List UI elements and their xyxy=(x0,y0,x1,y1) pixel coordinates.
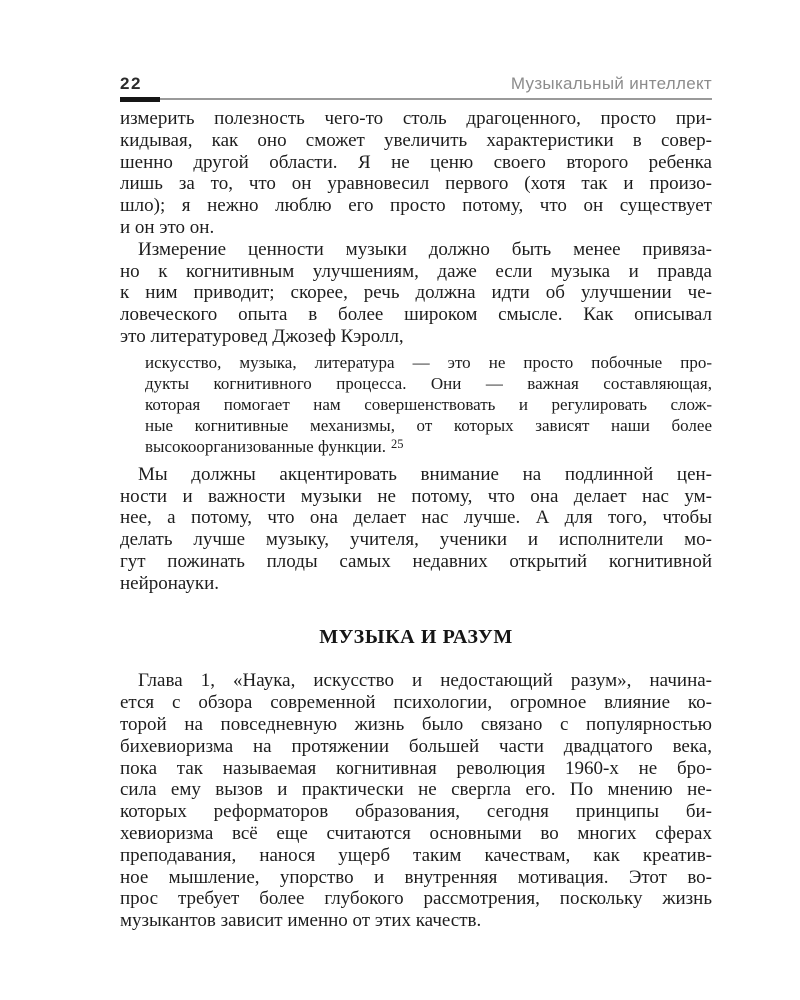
running-title: Музыкальный интеллект xyxy=(511,74,712,94)
text-line: дукты когнитивного процесса. Они — важна… xyxy=(145,373,712,394)
text-line: шенно другой области. Я не ценю своего в… xyxy=(120,152,712,174)
text-line: гут пожинать плоды самых недавних открыт… xyxy=(120,551,712,573)
paragraph: Мы должны акцентировать внимание на подл… xyxy=(120,464,712,595)
text-line: сила ему вызов и практически не свергла … xyxy=(120,779,712,801)
text-line: лишь за то, что он уравновесил первого (… xyxy=(120,173,712,195)
text-line: ется с обзора современной психологии, ог… xyxy=(120,692,712,714)
text-line: ные когнитивные механизмы, от которых за… xyxy=(145,415,712,436)
text-line: преподавания, нанося ущерб таким качеств… xyxy=(120,845,712,867)
text-line: бихевиоризма на протяжении большей части… xyxy=(120,736,712,758)
text-line: ловеческого опыта в более широком смысле… xyxy=(120,304,712,326)
paragraph: Измерение ценности музыки должно быть ме… xyxy=(120,239,712,348)
text-line: Измерение ценности музыки должно быть ме… xyxy=(120,239,712,261)
book-page: 22 Музыкальный интеллект измерить полезн… xyxy=(0,0,800,1000)
page-body: измерить полезность чего-то столь драгоц… xyxy=(120,108,712,932)
text-line: прос требует более глубокого рассмотрени… xyxy=(120,888,712,910)
section-heading: МУЗЫКА И РАЗУМ xyxy=(120,627,712,649)
text-line: которая помогает нам совершенствовать и … xyxy=(145,394,712,415)
text-line: но к когнитивным улучшениям, даже если м… xyxy=(120,261,712,283)
text-line: Мы должны акцентировать внимание на подл… xyxy=(120,464,712,486)
text-line: ное мышление, упорство и внутренняя моти… xyxy=(120,867,712,889)
paragraph: Глава 1, «Наука, искусство и недостающий… xyxy=(120,670,712,932)
text-line: измерить полезность чего-то столь драгоц… xyxy=(120,108,712,130)
footnote-reference: 25 xyxy=(391,437,404,451)
text-line: высокоорганизованные функции.25 xyxy=(145,436,712,457)
text-line: нее, а потому, что она делает нас лучше.… xyxy=(120,507,712,529)
text-line: торой на повседневную жизнь было связано… xyxy=(120,714,712,736)
text-line: ности и важности музыки не потому, что о… xyxy=(120,486,712,508)
running-header: 22 Музыкальный интеллект xyxy=(120,74,712,100)
paragraph: измерить полезность чего-то столь драгоц… xyxy=(120,108,712,239)
text-line: кидывая, как оно сможет увеличить характ… xyxy=(120,130,712,152)
text-line: Глава 1, «Наука, искусство и недостающий… xyxy=(120,670,712,692)
text-line: хевиоризма всё еще считаются основными в… xyxy=(120,823,712,845)
page-number: 22 xyxy=(120,74,142,94)
text-line: нейронауки. xyxy=(120,573,712,595)
text-line: делать лучше музыку, учителя, ученики и … xyxy=(120,529,712,551)
text-line: это литературовед Джозеф Кэролл, xyxy=(120,326,712,348)
text-line: музыкантов зависит именно от этих качест… xyxy=(120,910,712,932)
text-line: которых реформаторов образования, сегодн… xyxy=(120,801,712,823)
text-line: искусство, музыка, литература — это не п… xyxy=(145,352,712,373)
text-line: и он это он. xyxy=(120,217,712,239)
text-line: шло); я нежно люблю его просто потому, ч… xyxy=(120,195,712,217)
block-quote: искусство, музыка, литература — это не п… xyxy=(145,352,712,457)
text-line: к ним приводит; скорее, речь должна идти… xyxy=(120,282,712,304)
text-line: пока так называемая когнитивная революци… xyxy=(120,758,712,780)
